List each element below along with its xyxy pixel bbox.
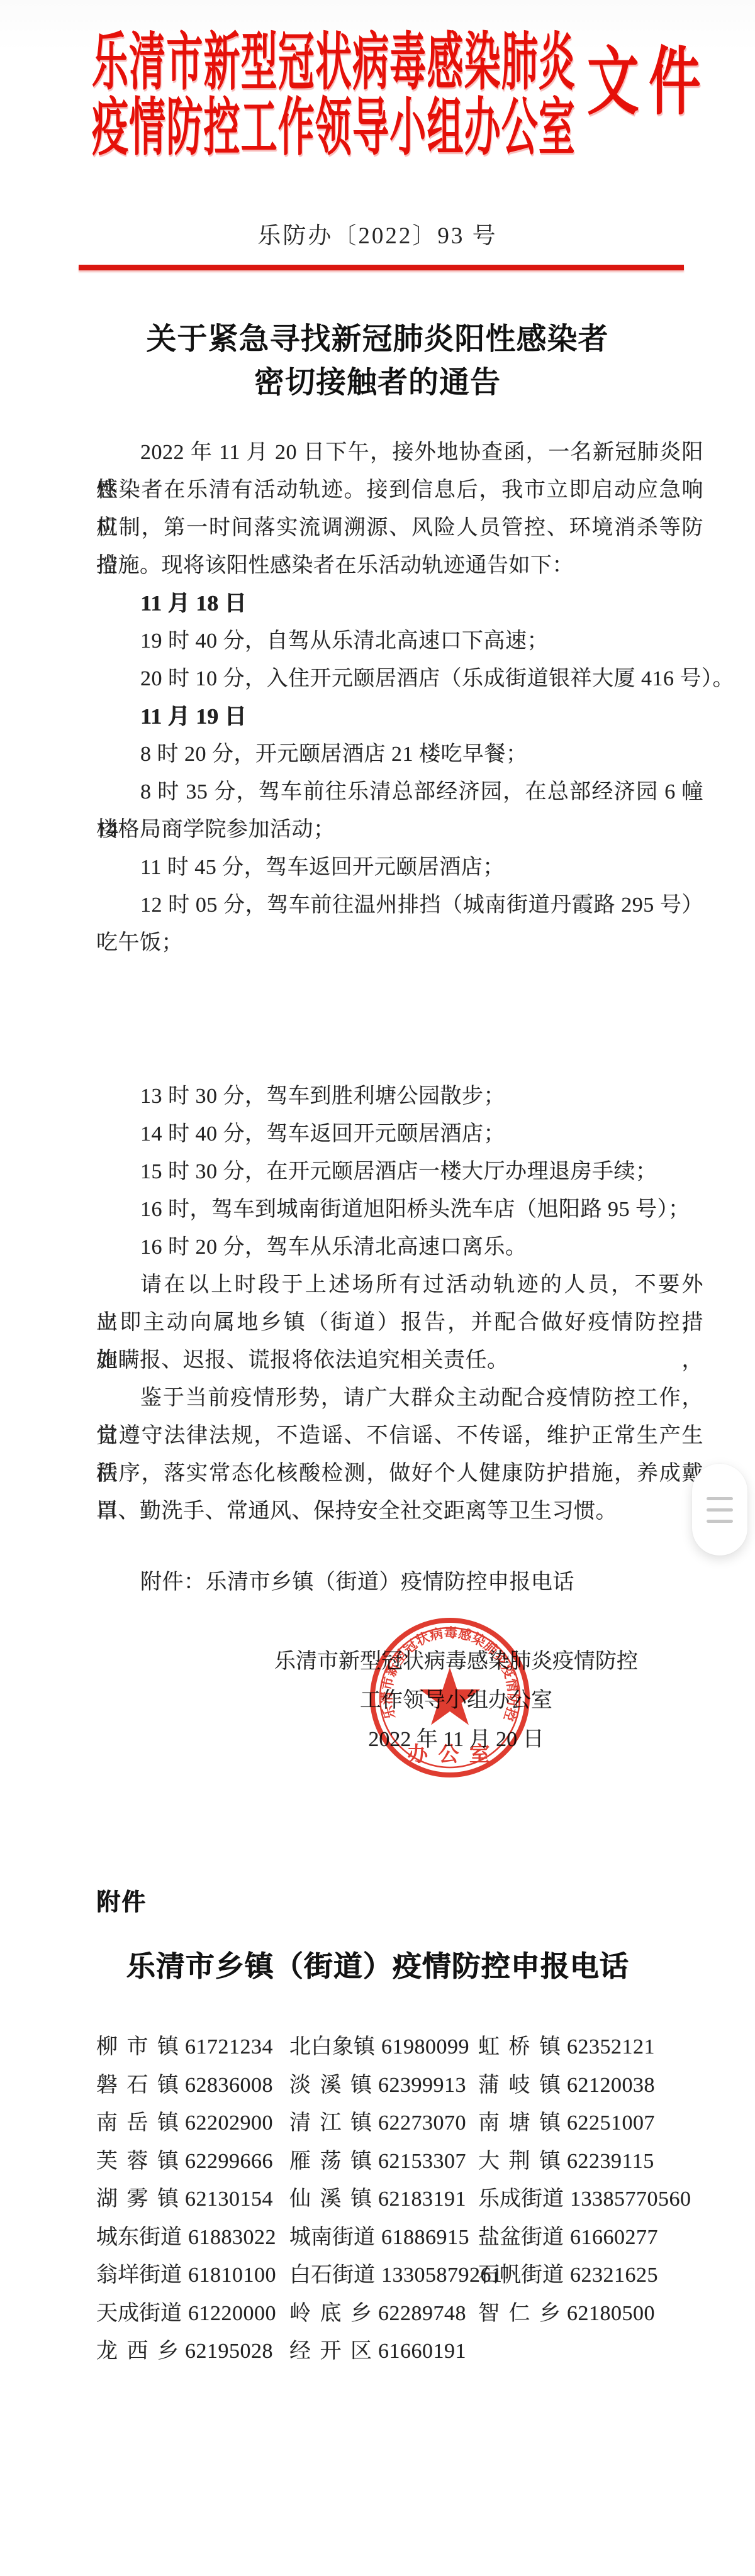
table-cell: 智 仁 乡62180500 — [478, 2295, 713, 2333]
letterhead-org-line1: 乐清市新型冠状病毒感染肺炎 — [92, 30, 576, 96]
table-cell: 城南街道61886915 — [289, 2219, 478, 2257]
body-line: 请在以上时段于上述场所有过活动轨迹的人员，不要外出， — [96, 1266, 703, 1304]
body-line: 秩序，落实常态化核酸检测，做好个人健康防护措施，养成戴口 — [96, 1455, 703, 1493]
phone-number: 61886915 — [381, 2226, 469, 2249]
table-cell: 南 塘 镇62251007 — [478, 2104, 713, 2143]
phone-number: 62180500 — [567, 2302, 655, 2325]
body-line: 措施。现将该阳性感染者在乐活动轨迹通告如下： — [96, 547, 703, 585]
table-cell: 天成街道61220000 — [96, 2295, 289, 2333]
table-row: 城东街道61883022城南街道61886915盐盆街道61660277 — [96, 2219, 713, 2257]
attachment-label: 附件 — [96, 1886, 147, 1919]
body-line: 20 时 10 分，入住开元颐居酒店（乐成街道银祥大厦 416 号）。 — [96, 660, 703, 698]
table-cell: 翁垟街道61810100 — [96, 2257, 289, 2295]
hamburger-menu-icon — [707, 1497, 733, 1500]
table-cell: 蒲 岐 镇62120038 — [478, 2067, 713, 2105]
town-name: 南 岳 镇 — [96, 2111, 179, 2135]
body-line: 16 时 20 分，驾车从乐清北高速口离乐。 — [96, 1229, 703, 1266]
table-cell: 白石街道13305879261 — [289, 2257, 478, 2295]
town-name: 雁 荡 镇 — [289, 2150, 372, 2173]
table-cell: 盐盆街道61660277 — [478, 2219, 713, 2257]
table-cell: 仙 溪 镇62183191 — [289, 2181, 478, 2219]
table-cell: 柳 市 镇61721234 — [96, 2028, 289, 2067]
table-cell: 磐 石 镇62836008 — [96, 2067, 289, 2105]
table-row: 磐 石 镇62836008淡 溪 镇62399913蒲 岐 镇62120038 — [96, 2067, 713, 2105]
doc-number: 乐防办〔2022〕93 号 — [0, 221, 755, 252]
table-cell: 芙 蓉 镇62299666 — [96, 2143, 289, 2181]
body-line: 立即主动向属地乡镇（街道）报告，并配合做好疫情防控措施， — [96, 1304, 703, 1342]
table-cell-empty — [478, 2333, 713, 2371]
phone-number: 61810100 — [188, 2264, 276, 2287]
table-cell: 清 江 镇62273070 — [289, 2104, 478, 2143]
body-line: 附件：乐清市乡镇（街道）疫情防控申报电话 — [96, 1564, 703, 1601]
phone-number: 62321625 — [570, 2264, 658, 2287]
town-name: 盐盆街道 — [478, 2226, 564, 2249]
town-name: 翁垟街道 — [96, 2264, 182, 2287]
body-line: 14 时 40 分，驾车返回开元颐居酒店； — [96, 1115, 703, 1153]
table-row: 天成街道61220000岭 底 乡62289748智 仁 乡62180500 — [96, 2295, 713, 2333]
town-name: 仙 溪 镇 — [289, 2187, 372, 2211]
town-name: 岭 底 乡 — [289, 2302, 372, 2325]
body-line: 鉴于当前疫情形势，请广大群众主动配合疫情防控工作，自 — [96, 1379, 703, 1417]
town-name: 湖 雾 镇 — [96, 2187, 179, 2211]
table-row: 湖 雾 镇62130154仙 溪 镇62183191乐成街道1338577056… — [96, 2181, 713, 2219]
body-line: 16 时，驾车到城南街道旭阳桥头洗车店（旭阳路 95 号）； — [96, 1191, 703, 1229]
phone-number: 62352121 — [567, 2035, 655, 2059]
body-line: 8 时 35 分，驾车前往乐清总部经济园，在总部经济园 6 幢 14 — [96, 773, 703, 811]
phone-number: 61220000 — [188, 2302, 276, 2325]
body-line: 感染者在乐清有活动轨迹。接到信息后，我市立即启动应急响应 — [96, 472, 703, 509]
document-page: 乐清市新型冠状病毒感染肺炎 疫情防控工作领导小组办公室 文件 乐防办〔2022〕… — [0, 0, 755, 2576]
body-line: 罩、勤洗手、常通风、保持安全社交距离等卫生习惯。 — [96, 1493, 703, 1530]
table-row: 翁垟街道61810100白石街道13305879261石帆街道62321625 — [96, 2257, 713, 2295]
body-line: 11 月 19 日 — [96, 698, 703, 736]
phone-table: 柳 市 镇61721234北白象镇61980099虹 桥 镇62352121磐 … — [96, 2028, 713, 2371]
table-cell: 湖 雾 镇62130154 — [96, 2181, 289, 2219]
table-cell: 淡 溪 镇62399913 — [289, 2067, 478, 2105]
phone-number: 62153307 — [378, 2150, 466, 2173]
body-line: 觉遵守法律法规，不造谣、不信谣、不传谣，维护正常生产生活 — [96, 1417, 703, 1455]
table-cell: 石帆街道62321625 — [478, 2257, 713, 2295]
table-row: 南 岳 镇62202900清 江 镇62273070南 塘 镇62251007 — [96, 2104, 713, 2143]
phone-number: 62399913 — [378, 2074, 466, 2097]
floating-menu-button[interactable] — [692, 1464, 747, 1556]
body-line: 19 时 40 分，自驾从乐清北高速口下高速； — [96, 622, 703, 660]
body-line: 11 月 18 日 — [96, 585, 703, 622]
town-name: 柳 市 镇 — [96, 2035, 179, 2059]
town-name: 南 塘 镇 — [478, 2111, 561, 2135]
town-name: 大 荆 镇 — [478, 2150, 561, 2173]
body-line: 15 时 30 分，在开元颐居酒店一楼大厅办理退房手续； — [96, 1153, 703, 1191]
attachment-table-title: 乐清市乡镇（街道）疫情防控申报电话 — [0, 1947, 755, 1986]
town-name: 智 仁 乡 — [478, 2302, 561, 2325]
phone-number: 61980099 — [381, 2035, 469, 2059]
letterhead-doc-type: 文件 — [587, 45, 710, 121]
phone-number: 62195028 — [185, 2340, 273, 2363]
town-name: 淡 溪 镇 — [289, 2074, 372, 2097]
phone-number: 61660191 — [378, 2340, 466, 2363]
red-separator-rule — [79, 265, 684, 270]
body-line: 13 时 30 分，驾车到胜利塘公园散步； — [96, 1078, 703, 1115]
town-name: 清 江 镇 — [289, 2111, 372, 2135]
table-cell: 虹 桥 镇62352121 — [478, 2028, 713, 2067]
official-seal: 乐清市新型冠状病毒感染肺炎疫情防控工作领导小组 ★ 办 公 室 — [364, 1611, 536, 1784]
body-lines: 2022 年 11 月 20 日下午，接外地协查函，一名新冠肺炎阳性感染者在乐清… — [96, 434, 703, 1601]
town-name: 石帆街道 — [478, 2264, 564, 2287]
town-name: 天成街道 — [96, 2302, 182, 2325]
body-line: 机制，第一时间落实流调溯源、风险人员管控、环境消杀等防控 — [96, 509, 703, 547]
table-cell: 城东街道61883022 — [96, 2219, 289, 2257]
doc-title: 关于紧急寻找新冠肺炎阳性感染者 密切接触者的通告 — [0, 318, 755, 404]
phone-number: 61721234 — [185, 2035, 273, 2059]
phone-number: 62289748 — [378, 2302, 466, 2325]
town-name: 虹 桥 镇 — [478, 2035, 561, 2059]
table-cell: 岭 底 乡62289748 — [289, 2295, 478, 2333]
body-line: 11 时 45 分，驾车返回开元颐居酒店； — [96, 849, 703, 887]
town-name: 城南街道 — [289, 2226, 375, 2249]
table-cell: 龙 西 乡62195028 — [96, 2333, 289, 2371]
town-name: 磐 石 镇 — [96, 2074, 179, 2097]
town-name: 经 开 区 — [289, 2340, 372, 2363]
phone-number: 13385770560 — [570, 2187, 691, 2211]
table-cell: 雁 荡 镇62153307 — [289, 2143, 478, 2181]
body-line: 2022 年 11 月 20 日下午，接外地协查函，一名新冠肺炎阳性 — [96, 434, 703, 472]
table-cell: 南 岳 镇62202900 — [96, 2104, 289, 2143]
phone-number: 62202900 — [185, 2111, 273, 2135]
table-cell: 经 开 区61660191 — [289, 2333, 478, 2371]
phone-number: 62239115 — [567, 2150, 654, 2173]
phone-number: 62273070 — [378, 2111, 466, 2135]
doc-title-line2: 密切接触者的通告 — [0, 361, 755, 404]
body-line: 8 时 20 分，开元颐居酒店 21 楼吃早餐； — [96, 736, 703, 773]
town-name: 蒲 岐 镇 — [478, 2074, 561, 2097]
table-cell: 大 荆 镇62239115 — [478, 2143, 713, 2181]
phone-number: 61660277 — [570, 2226, 658, 2249]
phone-number: 62120038 — [567, 2074, 655, 2097]
table-row: 芙 蓉 镇62299666雁 荡 镇62153307大 荆 镇62239115 — [96, 2143, 713, 2181]
town-name: 城东街道 — [96, 2226, 182, 2249]
seal-bottom-text: 办 公 室 — [407, 1743, 493, 1766]
doc-title-line1: 关于紧急寻找新冠肺炎阳性感染者 — [0, 318, 755, 361]
table-row: 龙 西 乡62195028经 开 区61660191 — [96, 2333, 713, 2371]
phone-number: 62299666 — [185, 2150, 273, 2173]
town-name: 北白象镇 — [289, 2035, 375, 2059]
phone-number: 62130154 — [185, 2187, 273, 2211]
table-row: 柳 市 镇61721234北白象镇61980099虹 桥 镇62352121 — [96, 2028, 713, 2067]
town-name: 乐成街道 — [478, 2187, 564, 2211]
table-cell: 北白象镇61980099 — [289, 2028, 478, 2067]
table-cell: 乐成街道13385770560 — [478, 2181, 713, 2219]
body-line: 12 时 05 分，驾车前往温州排挡（城南街道丹霞路 295 号） — [96, 887, 703, 924]
body-line: 吃午饭； — [96, 924, 703, 962]
phone-number: 62183191 — [378, 2187, 466, 2211]
body-line: 楼格局商学院参加活动； — [96, 811, 703, 849]
phone-number: 61883022 — [188, 2226, 276, 2249]
letterhead-org-line2: 疫情防控工作领导小组办公室 — [92, 96, 576, 161]
town-name: 芙 蓉 镇 — [96, 2150, 179, 2173]
town-name: 龙 西 乡 — [96, 2340, 179, 2363]
town-name: 白石街道 — [289, 2264, 375, 2287]
phone-number: 62836008 — [185, 2074, 273, 2097]
seal-star-icon: ★ — [415, 1655, 486, 1742]
phone-number: 62251007 — [567, 2111, 655, 2135]
